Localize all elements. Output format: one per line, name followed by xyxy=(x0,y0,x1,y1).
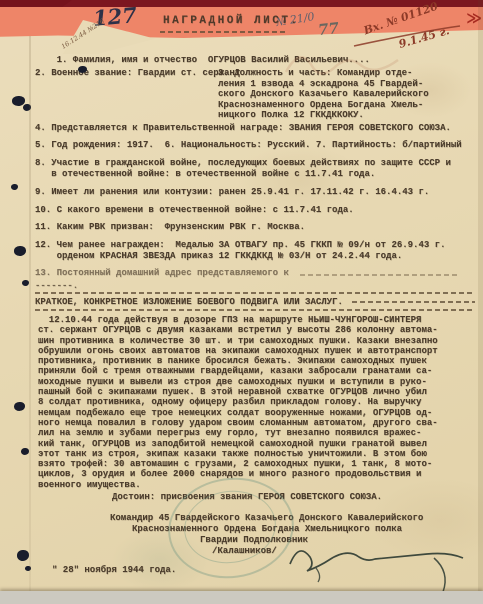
ink-blot xyxy=(22,280,29,286)
section-divider-bottom xyxy=(35,309,475,311)
field-prior-awards: 12. Чем ранее награжден: Медалью ЗА ОТВА… xyxy=(35,240,445,261)
scan-edge-bottom xyxy=(0,591,483,604)
field-since-when: 10. С какого времени в отечественной вой… xyxy=(35,205,354,216)
ink-blot xyxy=(11,184,18,190)
field-home-address-cont: -------. xyxy=(35,281,78,292)
heading-trailing-dashes xyxy=(352,301,475,303)
ink-blot xyxy=(14,246,26,256)
ink-blot xyxy=(17,550,29,561)
address-blank-line xyxy=(300,274,460,276)
field-drafted-by: 11. Каким РВК призван: Фрунзенским РВК г… xyxy=(35,222,305,233)
bleedthrough-scrawl xyxy=(282,42,402,82)
field-war-participation: 8. Участие в гражданской войне, последую… xyxy=(35,158,451,179)
section-divider-top xyxy=(35,292,475,294)
award-sheet-scan: 127 16.12.44 №216 № 21/0 77 Вх. № 01120 … xyxy=(0,0,483,604)
field-birth-nationality-party: 5. Год рождения: 1917. 6. Национальность… xyxy=(35,140,462,151)
field-name-label: 1. Фамилия, имя и отчество xyxy=(57,55,197,65)
scan-edge-right xyxy=(478,0,483,604)
field-rank: 2. Военное звание: Гвардии ст. сержант xyxy=(35,68,240,79)
document-title: НАГРАДНОЙ ЛИСТ. xyxy=(163,16,300,27)
feat-description: 12.10.44 года действуя в дозоре ГПЗ на м… xyxy=(38,315,438,490)
title-underline xyxy=(160,31,288,33)
pencil-number-handwritten: 77 xyxy=(317,19,340,39)
field-wounds: 9. Имеет ли ранения или контузии: ранен … xyxy=(35,187,429,198)
field-home-address: 13. Постоянный домашний адрес представля… xyxy=(35,268,289,279)
field-award-proposed: 4. Представляется к Правительственной на… xyxy=(35,123,451,134)
paper-fold-crease xyxy=(29,36,31,592)
date-line: " 28" ноября 1944 года. xyxy=(52,565,176,576)
feat-heading: КРАТКОЕ, КОНКРЕТНОЕ ИЗЛОЖЕНИЕ БОЕВОГО ПО… xyxy=(35,297,343,308)
ink-blot xyxy=(21,448,29,455)
ink-blot xyxy=(14,402,25,411)
